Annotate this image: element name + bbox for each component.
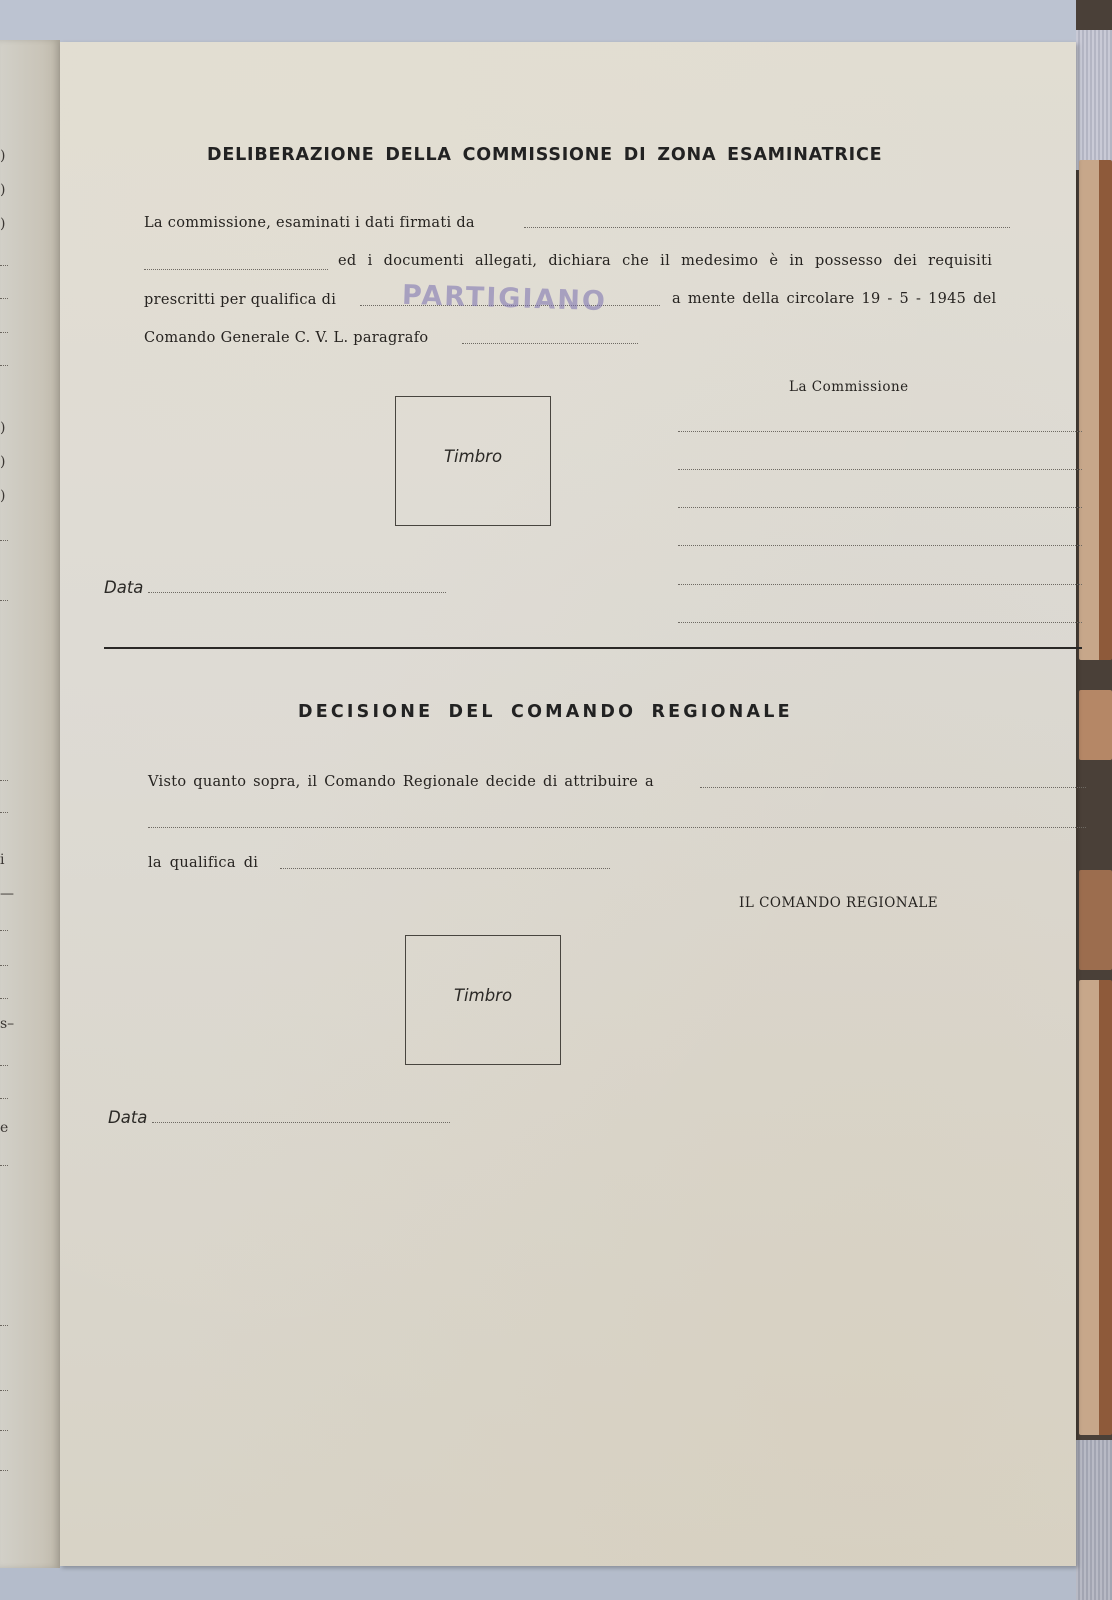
section-divider [104,647,1082,649]
book-spine [1079,160,1112,660]
recipient-name-continued-field[interactable] [148,827,1086,828]
left-page-mark: — [0,886,14,902]
left-page-mark: ) [0,488,5,504]
section2-title: DECISIONE DEL COMANDO REGIONALE [298,702,793,722]
left-page-dots [0,812,8,813]
commission-signature-line-4[interactable] [678,545,1082,546]
stamp-label: Timbro [396,447,550,466]
section1-line2-text: ed i documenti allegati, dichiara che il… [338,253,992,269]
left-page-mark: ) [0,182,5,198]
date-field-section2[interactable] [152,1122,450,1123]
left-page-mark: ) [0,420,5,436]
stamp-label: Timbro [406,986,560,1005]
left-page-dots [0,265,8,266]
ribbon-bottom [1076,1440,1112,1600]
left-page-dots [0,1098,8,1099]
section1-line1-text: La commissione, esaminati i dati firmati… [144,215,475,231]
stamp-box: Timbro [395,396,551,526]
left-page-dots [0,1165,8,1166]
regional-qualifica-field[interactable] [280,868,610,869]
left-page-mark: ) [0,216,5,232]
date-field-section1[interactable] [148,592,446,593]
signer-name-continued-field[interactable] [144,269,328,270]
left-page-dots [0,298,8,299]
book-spine [1079,690,1112,760]
left-page-mark: s– [0,1016,14,1032]
left-page-dots [0,1470,8,1471]
section1-line3-suffix: a mente della circolare 19 - 5 - 1945 de… [672,291,997,307]
left-page-dots [0,600,8,601]
background-surface-top [0,0,1078,44]
book-spine [1079,870,1112,970]
left-page-dots [0,332,8,333]
left-page-mark: ) [0,148,5,164]
left-page-dots [0,1430,8,1431]
left-page-dots [0,1065,8,1066]
left-page-mark: e [0,1120,8,1136]
left-page-dots [0,930,8,931]
authority-label: IL COMANDO REGIONALE [739,895,938,911]
left-page-mark: ) [0,454,5,470]
section1-line4-text: Comando Generale C. V. L. paragrafo [144,330,428,346]
section1-title: DELIBERAZIONE DELLA COMMISSIONE DI ZONA … [207,145,882,165]
commission-label: La Commissione [789,379,909,395]
left-page-dots [0,365,8,366]
book-spine [1079,980,1112,1435]
left-page-dots [0,540,8,541]
background-surface-bottom [0,1566,1078,1600]
left-page-dots [0,780,8,781]
left-page-dots [0,965,8,966]
ribbon-top [1076,30,1112,170]
recipient-name-field[interactable] [700,787,1086,788]
form-page: DELIBERAZIONE DELLA COMMISSIONE DI ZONA … [60,42,1076,1566]
signer-name-field[interactable] [524,227,1010,228]
left-page-dots [0,998,8,999]
commission-signature-line-5[interactable] [678,584,1082,585]
previous-page-edge: ) ) ) ) ) ) i — s– e [0,40,60,1568]
date-label: Data [104,578,143,597]
section1-line3-prefix: prescritti per qualifica di [144,292,336,308]
left-page-mark: i [0,852,4,868]
commission-signature-line-1[interactable] [678,431,1082,432]
section2-line3-text: la qualifica di [148,855,258,871]
stamp-box: Timbro [405,935,561,1065]
commission-signature-line-6[interactable] [678,622,1082,623]
commission-signature-line-2[interactable] [678,469,1082,470]
paragrafo-field[interactable] [462,343,638,344]
partigiano-rubber-stamp: PARTIGIANO [402,280,608,317]
left-page-dots [0,1325,8,1326]
section2-line1-text: Visto quanto sopra, il Comando Regionale… [148,774,654,790]
left-page-dots [0,1390,8,1391]
commission-signature-line-3[interactable] [678,507,1082,508]
date-label: Data [108,1108,147,1127]
